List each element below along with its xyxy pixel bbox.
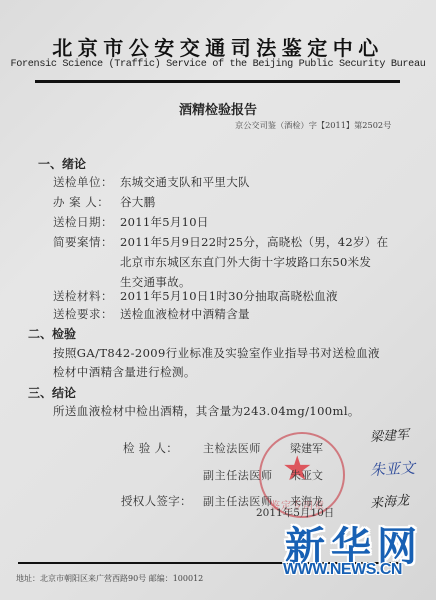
examiner-name-1: 梁建军 bbox=[290, 440, 323, 456]
authorizer-label: 授权人签字： bbox=[121, 493, 192, 509]
section-heading-conclusion: 三、结论 bbox=[28, 384, 76, 401]
signature-examiner-2: 朱亚文 bbox=[369, 457, 415, 480]
header-divider bbox=[35, 80, 400, 83]
field-value-submission-date: 2011年5月10日 bbox=[120, 214, 209, 230]
field-label-case-summary: 简要案情： bbox=[53, 234, 113, 250]
field-label-submission-date: 送检日期： bbox=[53, 214, 113, 230]
xinhua-watermark-url: WWW.NEWS.CN bbox=[283, 561, 402, 579]
examination-text-line2: 检材中酒精含量进行检测。 bbox=[53, 364, 196, 380]
field-label-case-officer: 办 案 人： bbox=[53, 194, 109, 210]
signature-examiner-1: 梁建军 bbox=[369, 424, 409, 446]
field-value-submitted-material: 2011年5月10日1时30分抽取高晓松血液 bbox=[120, 288, 338, 304]
examiner-role-2: 副主任法医师 bbox=[203, 467, 273, 483]
document-number: 京公交司鉴（酒检）字【2011】第2502号 bbox=[235, 120, 391, 131]
field-label-submitted-material: 送检材料： bbox=[53, 288, 113, 304]
organization-name-en: Forensic Science (Traffic) Service of th… bbox=[0, 59, 436, 70]
examination-text-line1: 按照GA/T842-2009行业标准及实验室作业指导书对送检血液 bbox=[53, 345, 380, 361]
section-heading-introduction: 一、绪论 bbox=[38, 155, 86, 172]
field-value-test-requirement: 送检血液检材中酒精含量 bbox=[120, 306, 250, 322]
field-value-submitting-unit: 东城交通支队和平里大队 bbox=[120, 174, 250, 190]
field-value-case-summary-line2: 北京市东城区东直门外大街十字坡路口东50米发 bbox=[120, 254, 371, 270]
organization-name-cn: 北京市公安交通司法鉴定中心 bbox=[0, 32, 436, 61]
examiner-name-2: 朱亚文 bbox=[290, 467, 323, 483]
field-value-case-summary-line1: 2011年5月9日22时25分，高晓松（男，42岁）在 bbox=[120, 234, 388, 250]
section-heading-examination: 二、检验 bbox=[28, 325, 76, 342]
examiner-role-1: 主检法医师 bbox=[203, 440, 261, 456]
conclusion-text: 所送血液检材中检出酒精，其含量为243.04mg/100ml。 bbox=[53, 403, 360, 419]
examiner-label: 检 验 人： bbox=[123, 440, 178, 456]
footer-address: 地址：北京市朝阳区来广营西路90号 邮编：100012 bbox=[16, 573, 203, 584]
report-title: 酒精检验报告 bbox=[0, 99, 436, 118]
field-label-test-requirement: 送检要求： bbox=[53, 306, 113, 322]
signature-authorizer: 来海龙 bbox=[369, 489, 410, 511]
field-label-submitting-unit: 送检单位： bbox=[53, 174, 113, 190]
field-value-case-officer: 谷大鹏 bbox=[120, 194, 155, 210]
